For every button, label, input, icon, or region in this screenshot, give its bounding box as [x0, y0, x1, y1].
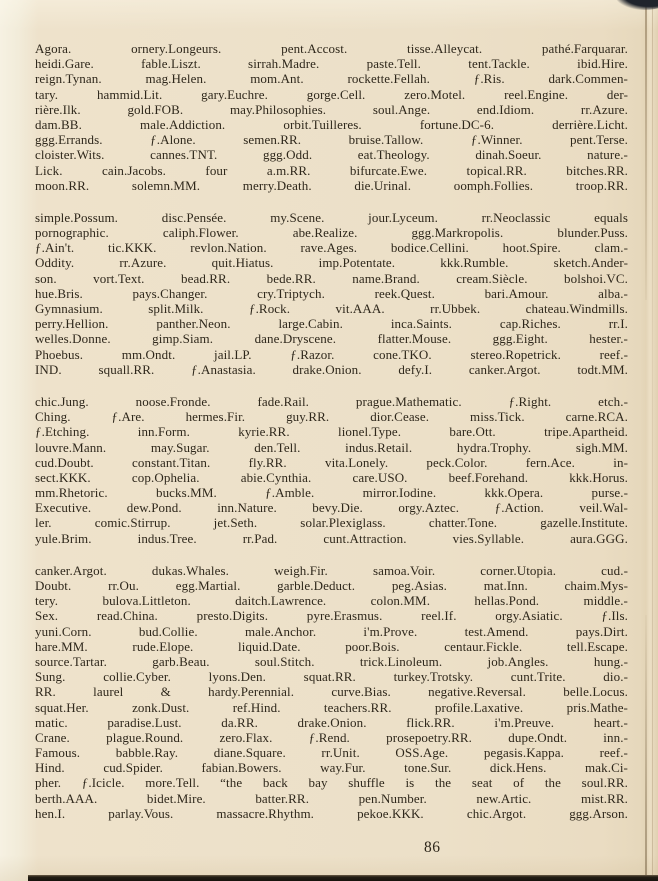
text-line: hare.MM. rude.Elope. liquid.Date. poor.B…: [35, 639, 628, 654]
paragraph: chic.Jung. noose.Fronde. fade.Rail. prag…: [35, 394, 628, 546]
text-line: louvre.Mann. may.Sugar. den.Tell. indus.…: [35, 440, 628, 455]
text-line: IND. squall.RR. ƒ.Anastasia. drake.Onion…: [35, 362, 628, 377]
page-edge-crease-bottom: [645, 615, 647, 875]
text-line: dam.BB. male.Addiction. orbit.Tuilleres.…: [35, 117, 628, 132]
text-line: Gymnasium. split.Milk. ƒ.Rock. vit.AAA. …: [35, 301, 628, 316]
text-line: squat.Her. zonk.Dust. ref.Hind. teachers…: [35, 700, 628, 715]
text-block: Agora. ornery.Longeurs. pent.Accost. tis…: [35, 41, 628, 821]
text-line: simple.Possum. disc.Pensée. my.Scene. jo…: [35, 210, 628, 225]
page-edge-crease-top: [645, 0, 647, 300]
text-line: ggg.Errands. ƒ.Alone. semen.RR. bruise.T…: [35, 132, 628, 147]
text-line: source.Tartar. garb.Beau. soul.Stitch. t…: [35, 654, 628, 669]
text-line: Phoebus. mm.Ondt. jail.LP. ƒ.Razor. cone…: [35, 347, 628, 362]
text-line: Ching. ƒ.Are. hermes.Fir. guy.RR. dior.C…: [35, 409, 628, 424]
page-edge-crease-outer: [652, 0, 653, 875]
text-line: hen.I. parlay.Vous. massacre.Rhythm. pek…: [35, 806, 628, 821]
text-line: yule.Brim. indus.Tree. rr.Pad. cunt.Attr…: [35, 531, 628, 546]
page-number: 86: [424, 839, 441, 857]
text-line: berth.AAA. bidet.Mire. batter.RR. pen.Nu…: [35, 791, 628, 806]
text-line: Executive. dew.Pond. inn.Nature. bevy.Di…: [35, 500, 628, 515]
text-line: pornographic. caliph.Flower. abe.Realize…: [35, 225, 628, 240]
text-line: Crane. plague.Round. zero.Flax. ƒ.Rend. …: [35, 730, 628, 745]
text-line: moon.RR. solemn.MM. merry.Death. die.Uri…: [35, 178, 628, 193]
text-line: Sung. collie.Cyber. lyons.Den. squat.RR.…: [35, 669, 628, 684]
text-line: Doubt. rr.Ou. egg.Martial. garble.Deduct…: [35, 578, 628, 593]
text-line: heidi.Gare. fable.Liszt. sirrah.Madre. p…: [35, 56, 628, 71]
text-line: yuni.Corn. bud.Collie. male.Anchor. i'm.…: [35, 624, 628, 639]
paragraph: canker.Argot. dukas.Whales. weigh.Fir. s…: [35, 563, 628, 821]
text-line: Hind. cud.Spider. fabian.Bowers. way.Fur…: [35, 760, 628, 775]
text-line: Lick. cain.Jacobs. four a.m.RR. bifurcat…: [35, 163, 628, 178]
text-line: chic.Jung. noose.Fronde. fade.Rail. prag…: [35, 394, 628, 409]
text-line: matic. paradise.Lust. da.RR. drake.Onion…: [35, 715, 628, 730]
text-line: sect.KKK. cop.Ophelia. abie.Cynthia. car…: [35, 470, 628, 485]
text-line: cloister.Wits. cannes.TNT. ggg.Odd. eat.…: [35, 147, 628, 162]
text-line: tery. bulova.Littleton. daitch.Lawrence.…: [35, 593, 628, 608]
paragraph: simple.Possum. disc.Pensée. my.Scene. jo…: [35, 210, 628, 377]
top-right-corner-shadow: [616, 0, 658, 10]
text-line: perry.Hellion. panther.Neon. large.Cabin…: [35, 316, 628, 331]
text-line: cud.Doubt. constant.Titan. fly.RR. vita.…: [35, 455, 628, 470]
text-line: canker.Argot. dukas.Whales. weigh.Fir. s…: [35, 563, 628, 578]
text-line: ƒ.Etching. inn.Form. kyrie.RR. lionel.Ty…: [35, 424, 628, 439]
text-line: rière.Ilk. gold.FOB. may.Philosophies. s…: [35, 102, 628, 117]
text-line: pher. ƒ.Icicle. more.Tell. “the back bay…: [35, 775, 628, 790]
text-line: hue.Bris. pays.Changer. cry.Triptych. re…: [35, 286, 628, 301]
paragraph: Agora. ornery.Longeurs. pent.Accost. tis…: [35, 41, 628, 193]
text-line: Famous. babble.Ray. diane.Square. rr.Uni…: [35, 745, 628, 760]
book-bottom-edge: [28, 875, 658, 881]
text-line: Oddity. rr.Azure. quit.Hiatus. imp.Poten…: [35, 255, 628, 270]
text-line: Sex. read.China. presto.Digits. pyre.Era…: [35, 608, 628, 623]
book-page: Agora. ornery.Longeurs. pent.Accost. tis…: [0, 0, 658, 881]
text-line: RR. laurel & hardy.Perennial. curve.Bias…: [35, 684, 628, 699]
text-line: ƒ.Ain't. tic.KKK. revlon.Nation. rave.Ag…: [35, 240, 628, 255]
text-line: welles.Donne. gimp.Siam. dane.Dryscene. …: [35, 331, 628, 346]
text-line: ler. comic.Stirrup. jet.Seth. solar.Plex…: [35, 515, 628, 530]
text-line: tary. hammid.Lit. gary.Euchre. gorge.Cel…: [35, 87, 628, 102]
text-line: mm.Rhetoric. bucks.MM. ƒ.Amble. mirror.I…: [35, 485, 628, 500]
text-line: reign.Tynan. mag.Helen. mom.Ant. rockett…: [35, 71, 628, 86]
text-line: son. vort.Text. bead.RR. bede.RR. name.B…: [35, 271, 628, 286]
text-line: Agora. ornery.Longeurs. pent.Accost. tis…: [35, 41, 628, 56]
